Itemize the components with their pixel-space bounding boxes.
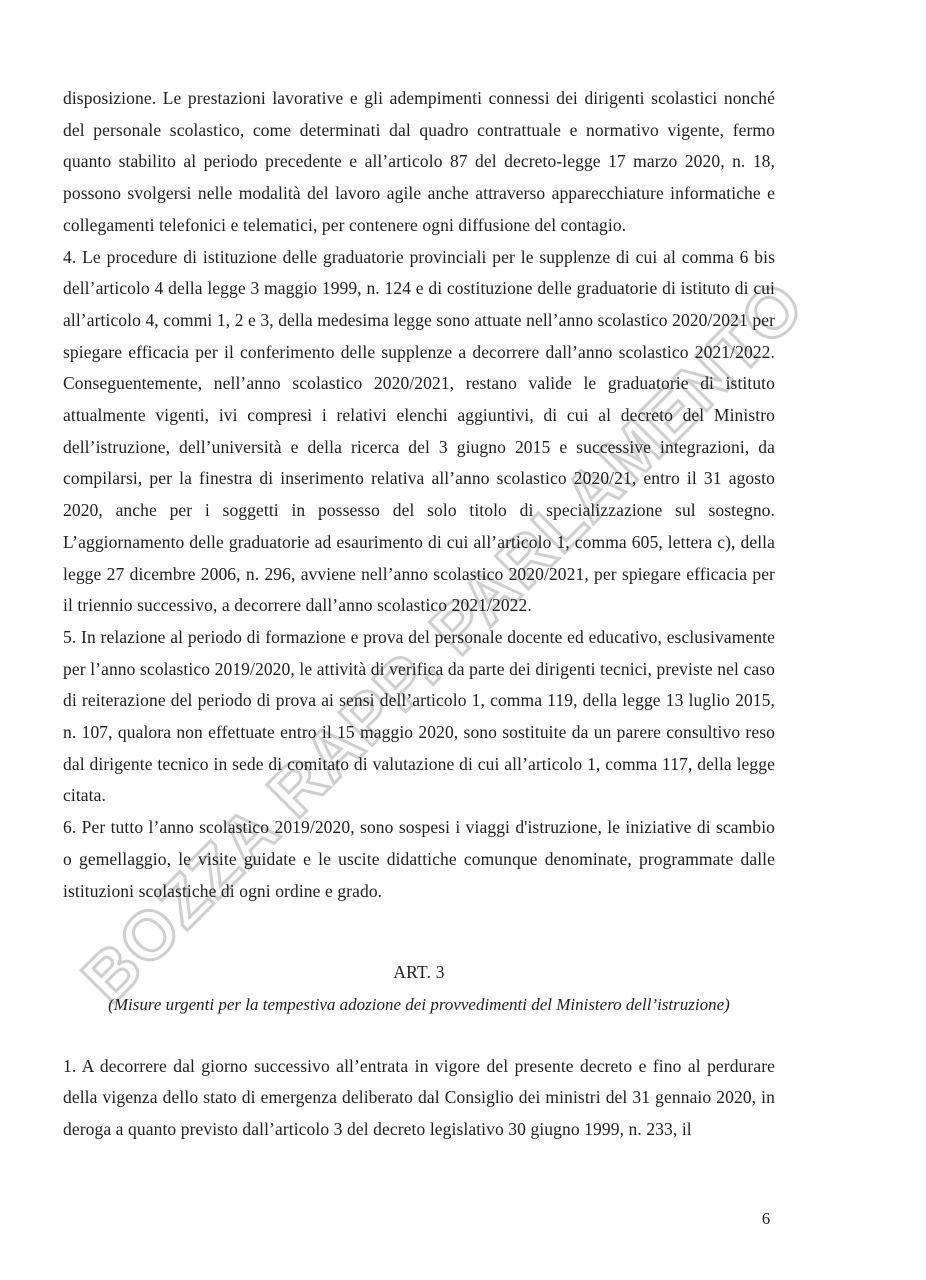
paragraph-continuation: disposizione. Le prestazioni lavorative …: [63, 83, 775, 242]
paragraph-comma-4: 4. Le procedure di istituzione delle gra…: [63, 242, 775, 622]
paragraph-art3-comma-1: 1. A decorrere dal giorno successivo all…: [63, 1051, 775, 1146]
document-page: BOZZA RAPP. PARLAMENTO disposizione. Le …: [0, 0, 926, 1280]
article-subtitle: (Misure urgenti per la tempestiva adozio…: [63, 989, 775, 1021]
page-number: 6: [752, 1206, 780, 1232]
article-heading: ART. 3: [63, 957, 775, 989]
document-body: disposizione. Le prestazioni lavorative …: [63, 83, 775, 1146]
paragraph-comma-6: 6. Per tutto l’anno scolastico 2019/2020…: [63, 812, 775, 907]
paragraph-comma-5: 5. In relazione al periodo di formazione…: [63, 622, 775, 812]
